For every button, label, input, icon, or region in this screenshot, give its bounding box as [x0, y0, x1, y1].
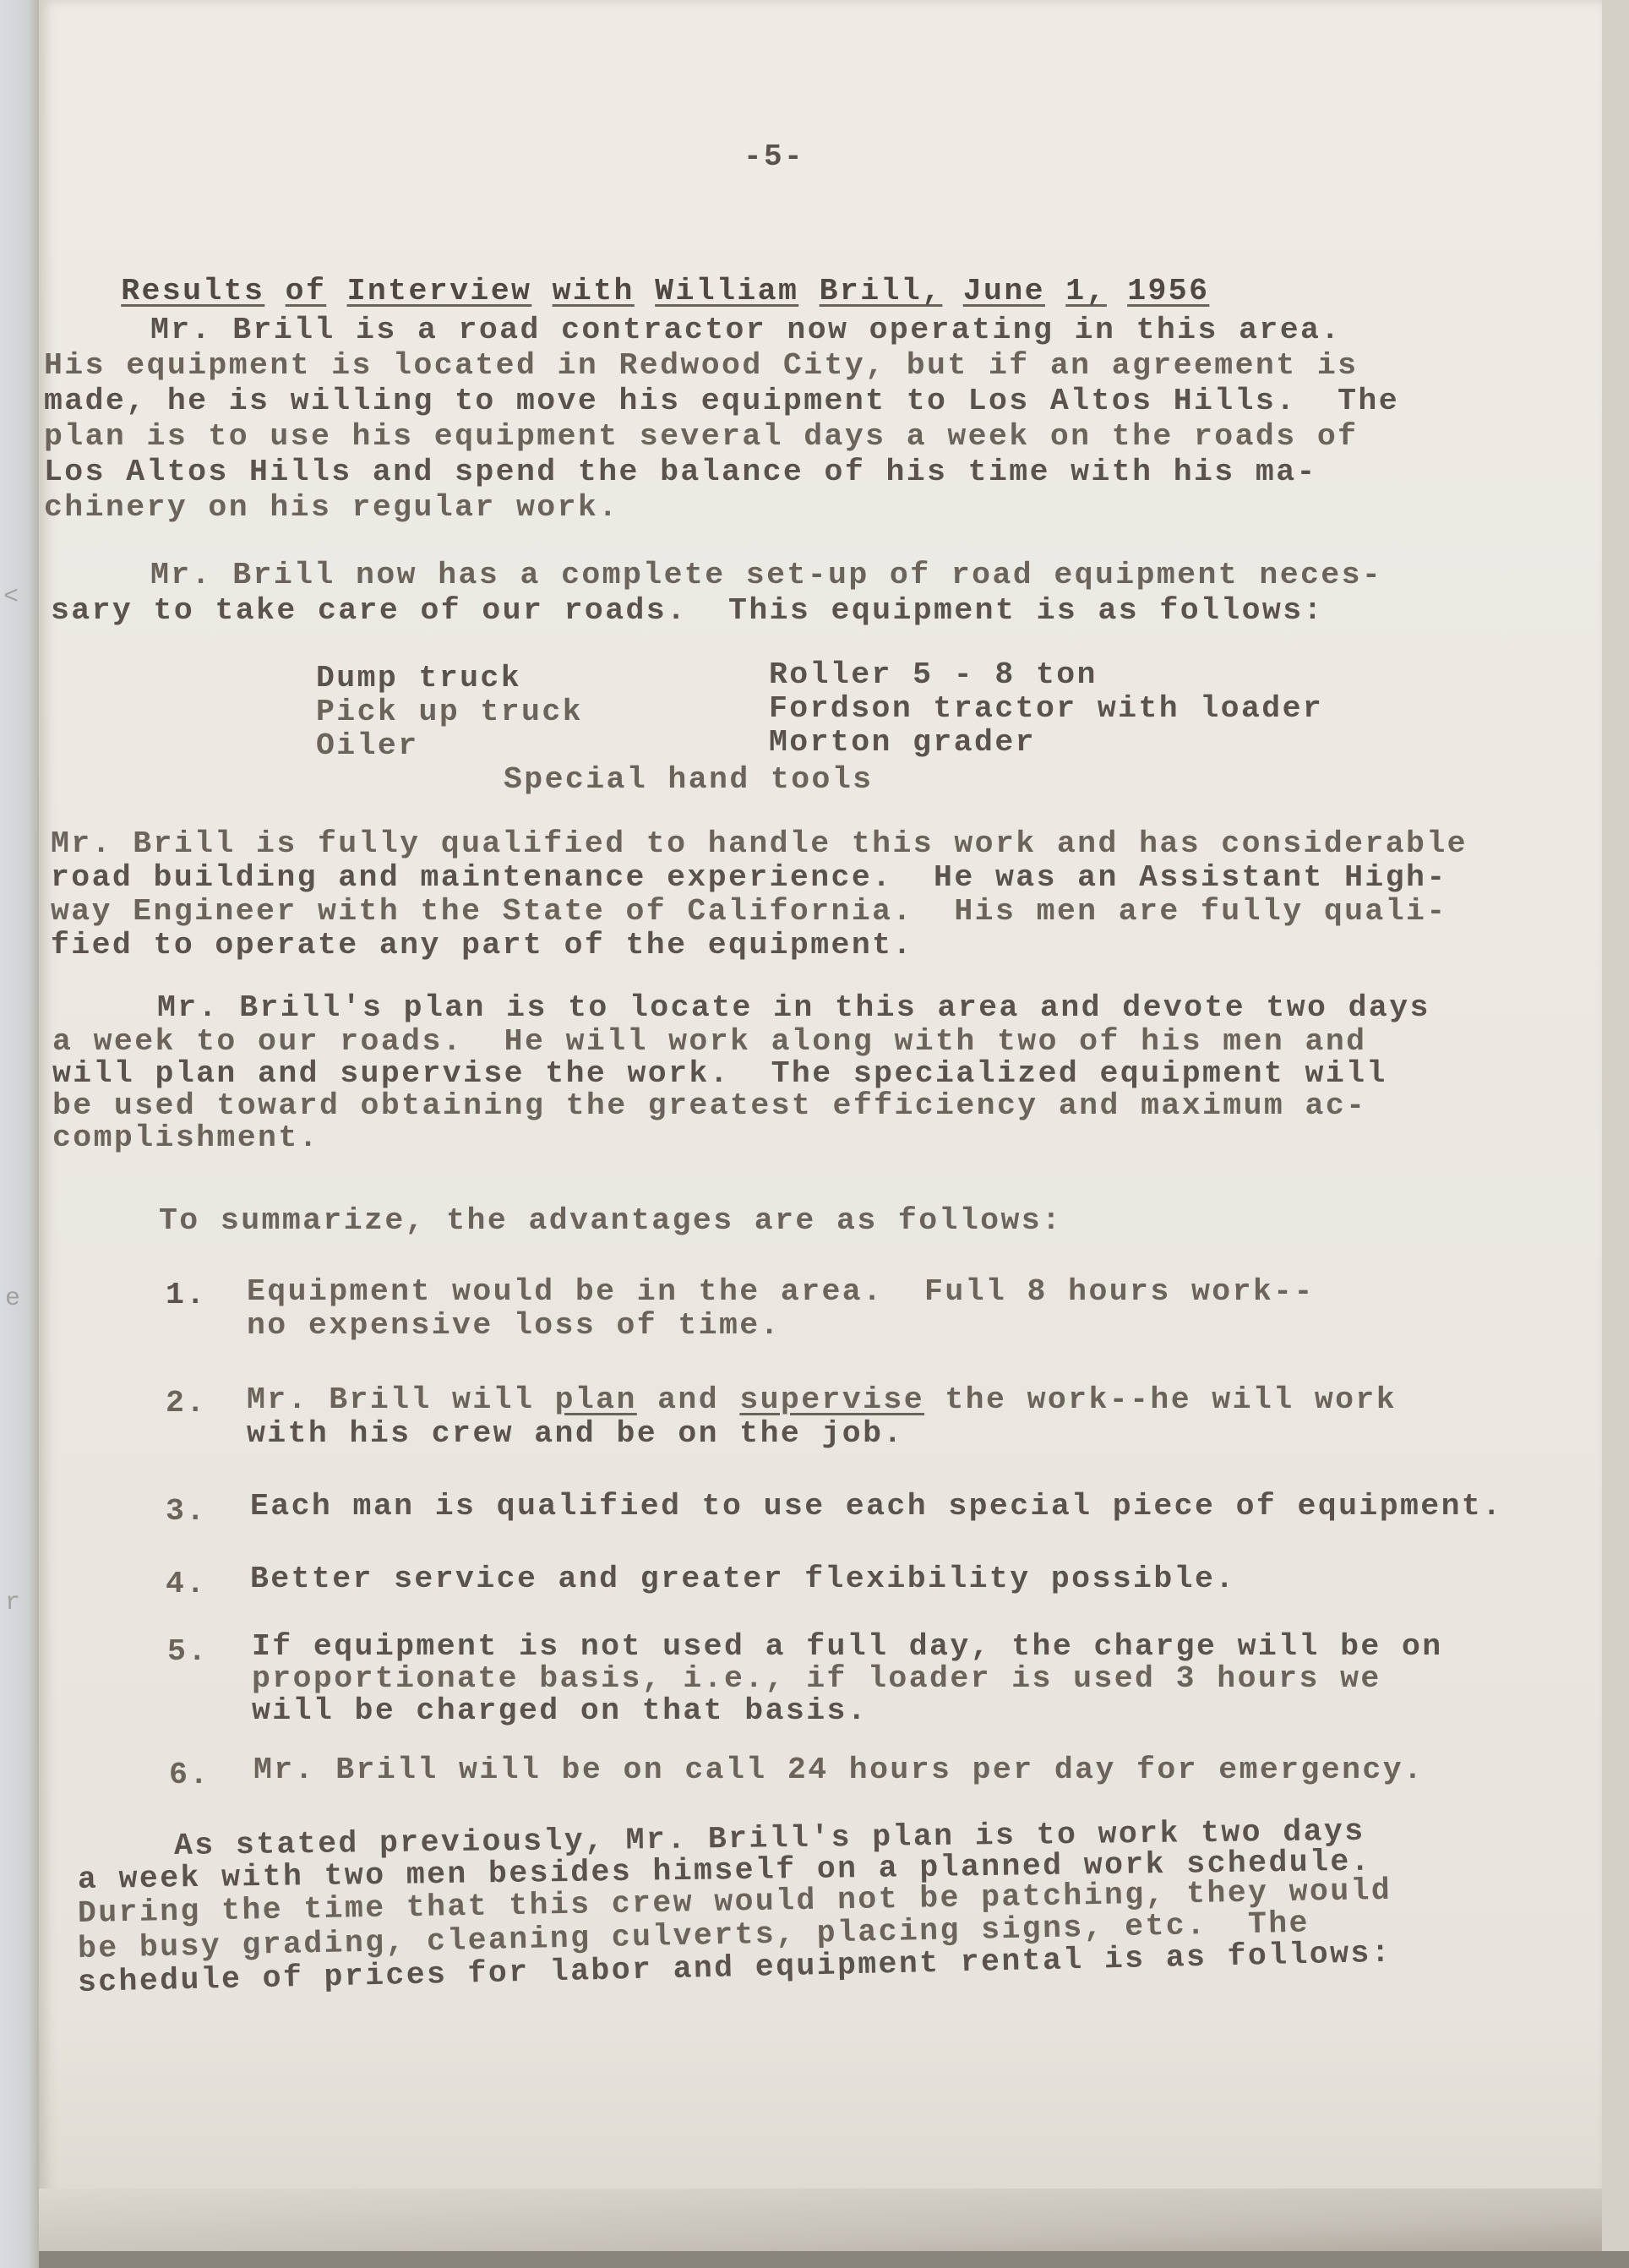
- title-word: Interview: [347, 274, 532, 308]
- equipment-item: Morton grader: [769, 725, 1036, 760]
- underlined-plan: plan: [555, 1382, 637, 1417]
- equipment-item: Dump truck: [316, 661, 521, 695]
- paragraph-line: Mr. Brill now has a complete set-up of r…: [150, 558, 1382, 592]
- advantage-text: Better service and greater flexibility p…: [250, 1562, 1236, 1596]
- equipment-item: Fordson tractor with loader: [769, 691, 1323, 726]
- equipment-item: Pick up truck: [316, 695, 583, 729]
- advantage-number: 1.: [166, 1278, 207, 1312]
- advantage-number: 4.: [166, 1567, 207, 1601]
- paragraph-line: His equipment is located in Redwood City…: [44, 348, 1358, 383]
- paragraph-line: a week to our roads. He will work along …: [52, 1024, 1366, 1059]
- advantage-text-part: and: [637, 1382, 740, 1417]
- paragraph-line: road building and maintenance experience…: [51, 860, 1447, 895]
- advantage-text: Equipment would be in the area. Full 8 h…: [247, 1274, 1315, 1309]
- paragraph-line: sary to take care of our roads. This equ…: [51, 593, 1324, 628]
- title-word: Results: [121, 274, 264, 308]
- advantage-text: Mr. Brill will plan and supervise the wo…: [247, 1382, 1397, 1417]
- advantage-text: no expensive loss of time.: [247, 1308, 781, 1343]
- advantage-text-part: Mr. Brill will: [247, 1382, 555, 1417]
- title-word: June: [963, 274, 1045, 308]
- paragraph-line: Mr. Brill is a road contractor now opera…: [150, 313, 1342, 347]
- advantage-text: proportionate basis, i.e., if loader is …: [252, 1661, 1381, 1696]
- paragraph-line: be used toward obtaining the greatest ef…: [52, 1088, 1366, 1123]
- underlined-supervise: supervise: [739, 1382, 924, 1417]
- paragraph-line: Mr. Brill is fully qualified to handle t…: [51, 826, 1468, 861]
- equipment-item: Roller 5 - 8 ton: [769, 657, 1098, 692]
- typewritten-document: -5- Results of Interview with William Br…: [0, 0, 1629, 2268]
- page-number: -5-: [744, 139, 804, 174]
- advantage-number: 5.: [167, 1634, 209, 1669]
- advantage-text: will be charged on that basis.: [252, 1693, 868, 1728]
- title-word: William: [655, 274, 798, 308]
- equipment-item: Special hand tools: [504, 762, 873, 797]
- advantage-text: Each man is qualified to use each specia…: [250, 1489, 1503, 1524]
- equipment-item: Oiler: [316, 728, 419, 763]
- paragraph-line: will plan and supervise the work. The sp…: [52, 1056, 1387, 1091]
- title-word: Brill,: [820, 274, 943, 308]
- paragraph-line: Mr. Brill's plan is to locate in this ar…: [157, 990, 1430, 1025]
- title-word: 1,: [1065, 274, 1107, 308]
- summary-intro: To summarize, the advantages are as foll…: [159, 1203, 1062, 1238]
- title-word: of: [286, 274, 327, 308]
- paragraph-line: fied to operate any part of the equipmen…: [51, 928, 913, 962]
- paragraph-line: chinery on his regular work.: [44, 490, 619, 525]
- advantage-text-part: the work--he will work: [924, 1382, 1397, 1417]
- paragraph-line: way Engineer with the State of Californi…: [51, 894, 1447, 929]
- advantage-number: 6.: [169, 1758, 210, 1792]
- paragraph-line: made, he is willing to move his equipmen…: [44, 384, 1399, 418]
- advantage-text: If equipment is not used a full day, the…: [252, 1629, 1443, 1664]
- advantage-text: Mr. Brill will be on call 24 hours per d…: [253, 1753, 1424, 1787]
- paragraph-line: Los Altos Hills and spend the balance of…: [44, 455, 1317, 489]
- title-word: with: [553, 274, 635, 308]
- paragraph-line: complishment.: [52, 1120, 319, 1155]
- title-word: 1956: [1127, 274, 1209, 308]
- advantage-number: 2.: [166, 1386, 207, 1420]
- paragraph-line: plan is to use his equipment several day…: [44, 419, 1358, 454]
- advantage-number: 3.: [166, 1494, 207, 1529]
- advantage-text: with his crew and be on the job.: [247, 1416, 904, 1451]
